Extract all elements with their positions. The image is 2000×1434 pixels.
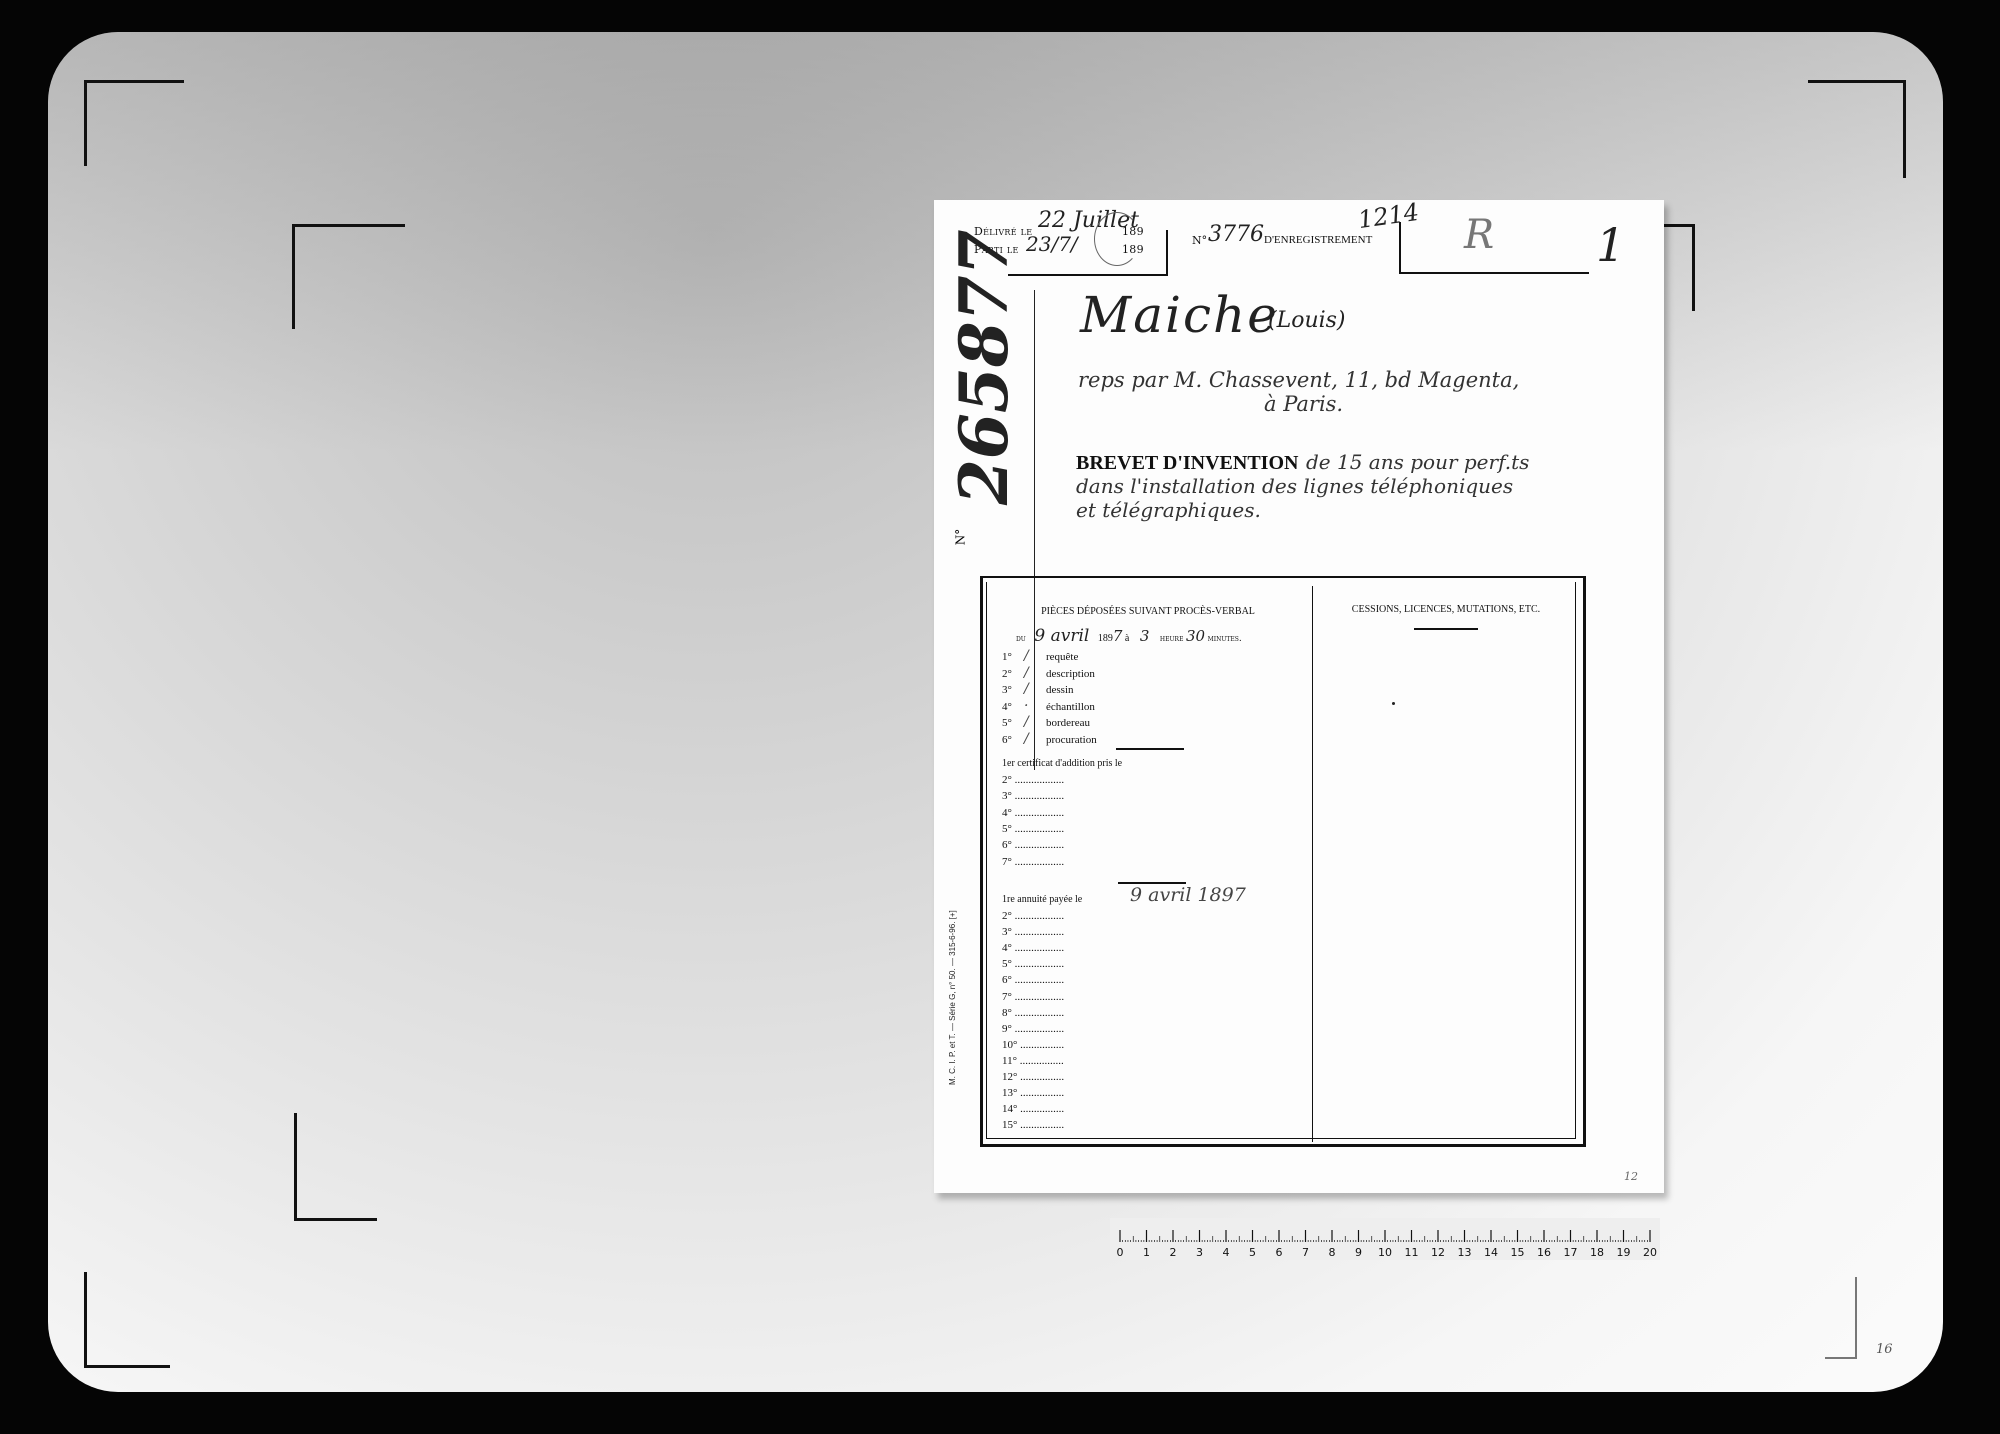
- reference-box-left: [1399, 222, 1401, 274]
- dotted-entry: 2° ..................: [1002, 774, 1064, 786]
- piece-count: /: [1024, 714, 1046, 730]
- annotation-mark: R: [1464, 212, 1494, 258]
- svg-text:15: 15: [1511, 1246, 1525, 1259]
- annotation-top: 1214: [1356, 198, 1420, 234]
- certificate-list: 2° ..................3° ................…: [1002, 774, 1132, 874]
- piece-item: 1°/requête: [1002, 648, 1078, 664]
- minutes-label: minutes.: [1208, 634, 1242, 644]
- year-suffix: 7: [1113, 627, 1123, 645]
- column-divider: [1312, 586, 1313, 1142]
- measuring-scale: 01234567891011121314151617181920: [1110, 1218, 1660, 1260]
- crop-mark-outer-top-right: [1808, 80, 1906, 178]
- svg-text:11: 11: [1405, 1246, 1419, 1259]
- annuity-first-label: 1re annuité payée le: [1002, 894, 1082, 905]
- applicant-first-name: (Louis): [1268, 308, 1346, 333]
- svg-text:14: 14: [1484, 1246, 1498, 1259]
- svg-text:16: 16: [1537, 1246, 1551, 1259]
- dotted-entry: 8° ..................: [1002, 1007, 1064, 1019]
- dotted-entry: 3° ..................: [1002, 790, 1064, 802]
- dotted-entry: 13° ................: [1002, 1087, 1064, 1099]
- dotted-entry: 7° ..................: [1002, 856, 1064, 868]
- patent-document: Délivré le 22 Juillet 189 Parti le 23/7/…: [934, 200, 1664, 1193]
- parti-value: 23/7/: [1026, 232, 1078, 256]
- pieces-separator: [1116, 748, 1184, 750]
- piece-label: dessin: [1046, 684, 1074, 696]
- piece-count: /: [1024, 665, 1046, 681]
- svg-text:10: 10: [1378, 1246, 1392, 1259]
- svg-text:7: 7: [1302, 1246, 1309, 1259]
- svg-text:9: 9: [1355, 1246, 1362, 1259]
- piece-label: requête: [1046, 651, 1078, 663]
- piece-label: procuration: [1046, 734, 1097, 746]
- svg-text:3: 3: [1196, 1246, 1203, 1259]
- date-prefix: du: [1016, 634, 1026, 644]
- applicant-name: Maiche: [1080, 286, 1279, 344]
- plate-mark: 16: [1876, 1342, 1893, 1357]
- piece-item: 4°·échantillon: [1002, 698, 1095, 714]
- patent-title-line-2: dans l'installation des lignes téléphoni…: [1076, 474, 1513, 498]
- header-box-underline: [1008, 274, 1168, 276]
- svg-text:18: 18: [1590, 1246, 1604, 1259]
- stamp-circle: [1094, 212, 1140, 266]
- cessions-separator: [1414, 628, 1478, 630]
- year-prefix: 189: [1098, 633, 1113, 644]
- representative-line-2: à Paris.: [1264, 392, 1343, 416]
- patent-number: 265877: [949, 285, 1019, 505]
- dotted-entry: 4° ..................: [1002, 807, 1064, 819]
- svg-text:6: 6: [1276, 1246, 1283, 1259]
- sheet-number: 1: [1596, 218, 1625, 272]
- crop-mark-inner-top-left: [292, 224, 405, 329]
- piece-number: 2°: [1002, 668, 1024, 680]
- piece-number: 5°: [1002, 717, 1024, 729]
- dotted-entry: 6° ..................: [1002, 974, 1064, 986]
- crop-mark-inner-bottom-left: [294, 1113, 377, 1221]
- registration-label: D'ENREGISTREMENT: [1264, 234, 1372, 246]
- ruler-graphic: 01234567891011121314151617181920: [1110, 1218, 1660, 1260]
- dotted-entry: 5° ..................: [1002, 958, 1064, 970]
- piece-label: description: [1046, 668, 1095, 680]
- piece-count: ·: [1024, 698, 1046, 714]
- piece-item: 2°/description: [1002, 665, 1095, 681]
- patent-title-label: BREVET D'INVENTION: [1076, 452, 1298, 475]
- piece-item: 3°/dessin: [1002, 681, 1074, 697]
- svg-text:4: 4: [1223, 1246, 1230, 1259]
- dotted-entry: 12° ................: [1002, 1071, 1064, 1083]
- printer-imprint: M. C. I. P. et T. — Série G, n° 50. — 31…: [948, 855, 962, 1085]
- dotted-entry: 11° ................: [1002, 1055, 1064, 1067]
- registration-prefix: N°: [1192, 234, 1207, 247]
- dotted-entry: 2° ..................: [1002, 910, 1064, 922]
- certificate-first-label: 1er certificat d'addition pris le: [1002, 758, 1122, 769]
- piece-label: échantillon: [1046, 701, 1095, 713]
- minutes-value: 30: [1186, 627, 1205, 645]
- piece-item: 5°/bordereau: [1002, 714, 1090, 730]
- dotted-entry: 7° ..................: [1002, 991, 1064, 1003]
- piece-number: 1°: [1002, 651, 1024, 663]
- svg-text:2: 2: [1170, 1246, 1177, 1259]
- dotted-entry: 3° ..................: [1002, 926, 1064, 938]
- piece-number: 6°: [1002, 734, 1024, 746]
- patent-number-label: N°: [953, 529, 967, 546]
- pieces-header: PIÈCES DÉPOSÉES SUIVANT PROCÈS-VERBAL: [998, 606, 1298, 617]
- reference-box-underline: [1399, 272, 1589, 274]
- pieces-date-row: du 9 avril 1897 à 3 heure 30 minutes.: [1016, 626, 1242, 646]
- piece-number: 4°: [1002, 701, 1024, 713]
- piece-number: 3°: [1002, 684, 1024, 696]
- hour-label: heure: [1160, 634, 1184, 644]
- dotted-entry: 15° ................: [1002, 1119, 1064, 1131]
- piece-count: /: [1024, 648, 1046, 664]
- annuity-list: 2° ..................3° ................…: [1002, 910, 1132, 1140]
- piece-item: 6°/procuration: [1002, 731, 1097, 747]
- representative-line-1: reps par M. Chassevent, 11, bd Magenta,: [1078, 368, 1519, 392]
- ink-dot: [1392, 702, 1395, 705]
- dotted-entry: 4° ..................: [1002, 942, 1064, 954]
- date-value: 9 avril: [1034, 626, 1089, 646]
- svg-text:8: 8: [1329, 1246, 1336, 1259]
- svg-text:1: 1: [1143, 1246, 1150, 1259]
- crop-mark-inner-top-right: [1664, 224, 1695, 311]
- piece-count: /: [1024, 681, 1046, 697]
- hour-prefix: à: [1125, 633, 1129, 644]
- crop-mark-outer-top-left: [84, 80, 184, 166]
- svg-text:0: 0: [1117, 1246, 1124, 1259]
- svg-text:13: 13: [1458, 1246, 1472, 1259]
- piece-label: bordereau: [1046, 717, 1090, 729]
- svg-text:12: 12: [1431, 1246, 1445, 1259]
- hour-value: 3: [1140, 627, 1150, 645]
- registration-number: 3776: [1208, 222, 1264, 247]
- svg-text:19: 19: [1617, 1246, 1631, 1259]
- page-mark: 12: [1624, 1170, 1638, 1183]
- dotted-entry: 9° ..................: [1002, 1023, 1064, 1035]
- dotted-entry: 14° ................: [1002, 1103, 1064, 1115]
- piece-count: /: [1024, 731, 1046, 747]
- pieces-list: 1°/requête2°/description3°/dessin4°·écha…: [1002, 648, 1302, 758]
- annuity-first-value: 9 avril 1897: [1130, 884, 1246, 906]
- dotted-entry: 5° ..................: [1002, 823, 1064, 835]
- svg-text:17: 17: [1564, 1246, 1578, 1259]
- crop-mark-outer-bottom-right: [1825, 1277, 1857, 1359]
- crop-mark-outer-bottom-left: [84, 1272, 170, 1368]
- svg-text:20: 20: [1643, 1246, 1657, 1259]
- cessions-header: CESSIONS, LICENCES, MUTATIONS, ETC.: [1318, 604, 1574, 615]
- dotted-entry: 6° ..................: [1002, 839, 1064, 851]
- patent-title-line-3: et télégraphiques.: [1076, 498, 1261, 522]
- header-box-divider: [1166, 230, 1168, 274]
- svg-text:5: 5: [1249, 1246, 1256, 1259]
- dotted-entry: 10° ................: [1002, 1039, 1064, 1051]
- patent-title-line-1: de 15 ans pour perf.ts: [1306, 450, 1529, 474]
